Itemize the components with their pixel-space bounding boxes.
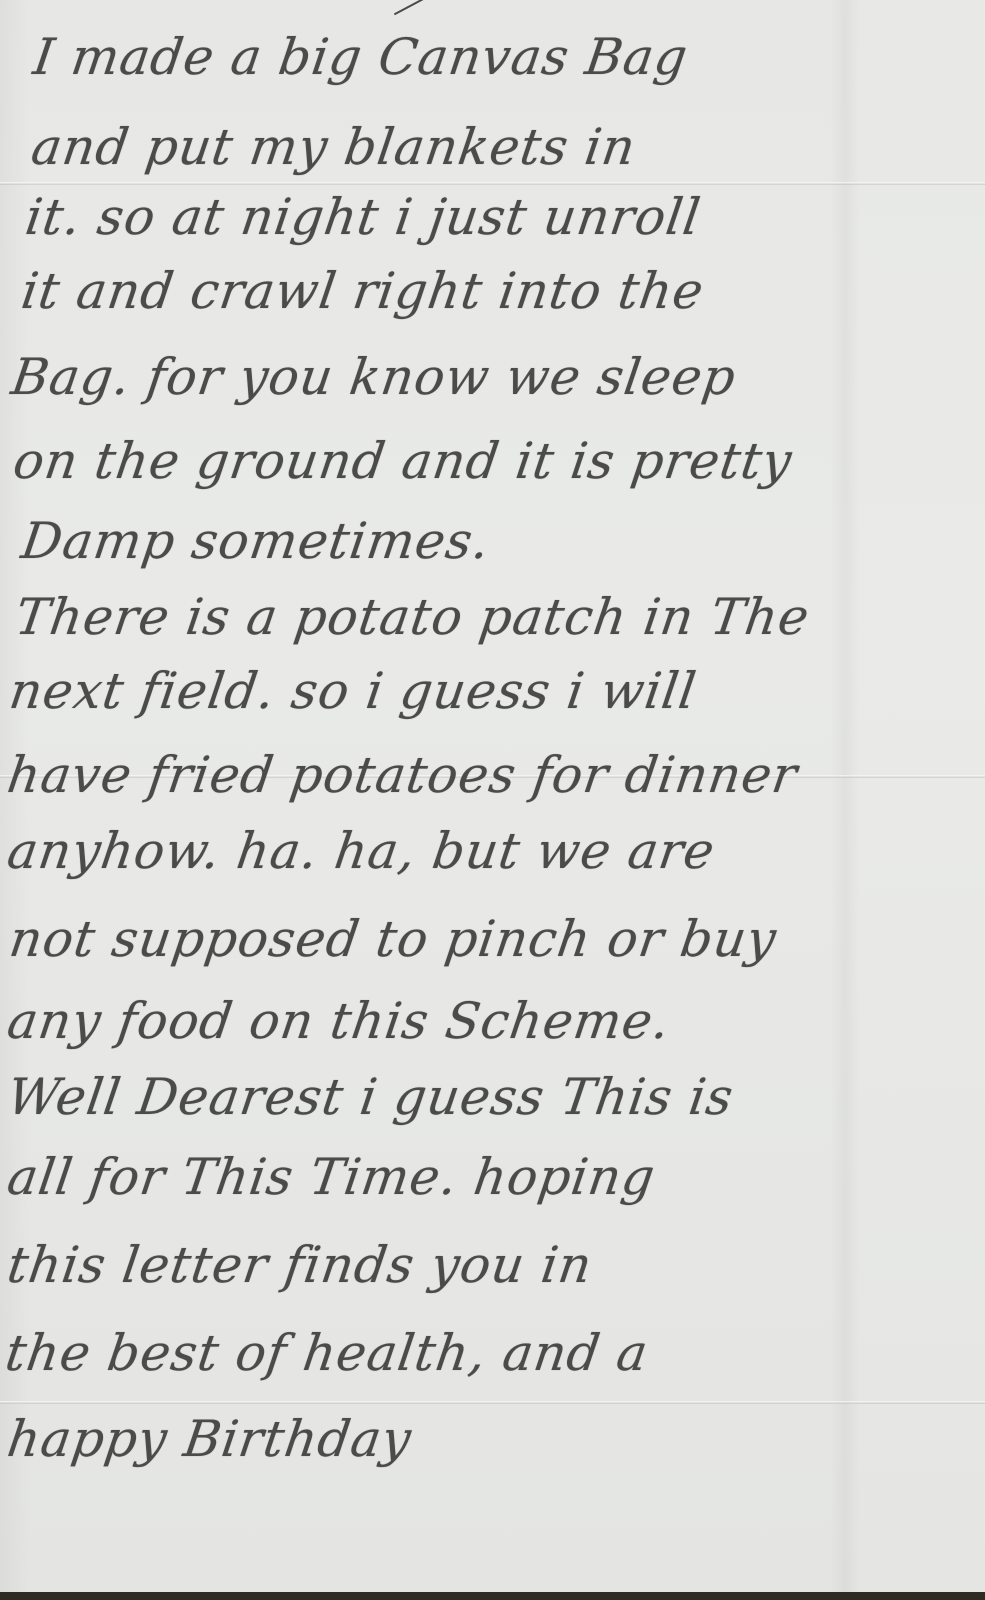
letter-line: it and crawl right into the (18, 262, 708, 320)
letter-line: There is a potato patch in The (12, 588, 813, 646)
letter-line: have fried potatoes for dinner (4, 746, 801, 804)
letter-line: anyhow. ha. ha, but we are (4, 822, 719, 880)
table-surface (0, 1592, 985, 1600)
letter-line: on the ground and it is pretty (10, 432, 796, 490)
letter-page: I made a big Canvas Bag and put my blank… (0, 0, 985, 1592)
letter-line: it. so at night i just unroll (22, 188, 704, 246)
letter-line: Damp sometimes. (18, 512, 494, 570)
fold-crease (0, 1401, 985, 1404)
letter-line: Well Dearest i guess This is (4, 1068, 737, 1126)
letter-line: Bag. for you know we sleep (8, 348, 740, 406)
pencil-mark (394, 0, 430, 15)
letter-line: all for This Time. hoping (4, 1148, 659, 1206)
letter-line: this letter finds you in (4, 1236, 596, 1294)
fold-crease (0, 182, 985, 185)
letter-line: the best of health, and a (2, 1324, 652, 1382)
letter-line: any food on this Scheme. (4, 992, 674, 1050)
letter-line: next field. so i guess i will (6, 662, 700, 720)
letter-line: not supposed to pinch or buy (6, 910, 780, 968)
letter-line: and put my blankets in (28, 118, 640, 176)
letter-line: I made a big Canvas Bag (30, 28, 692, 86)
letter-line: happy Birthday (4, 1410, 415, 1468)
